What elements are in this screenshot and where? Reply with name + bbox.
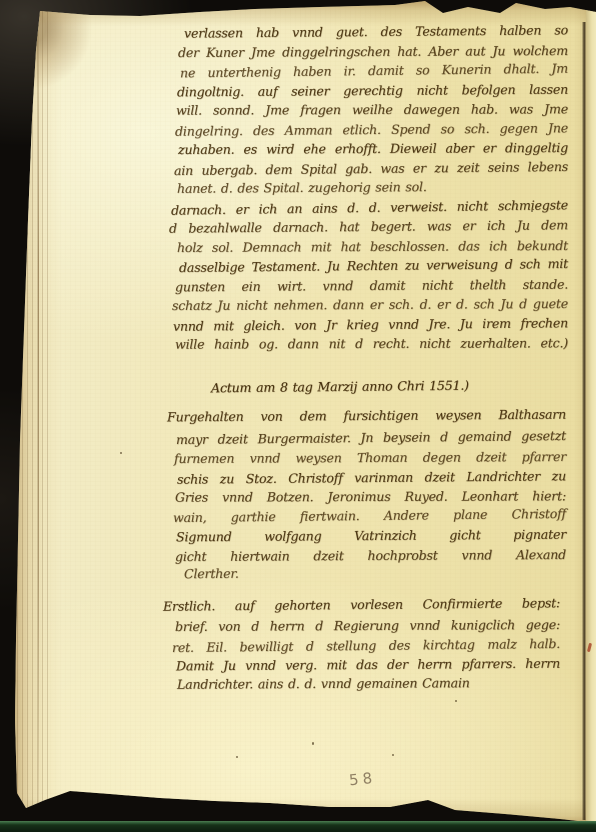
manuscript-line: Sigmund wolfgang Vatrinzich gicht pignat… xyxy=(176,527,566,547)
manuscript-line: Gries vnnd Botzen. Jeronimus Ruyed. Leon… xyxy=(175,488,566,506)
manuscript-photo: Actum am 8 tag Marzij anno Chri 1551.) v… xyxy=(0,0,596,832)
manuscript-line: Damit Ju vnnd verg. mit das der herrn pf… xyxy=(176,656,560,676)
manuscript-line: Clerther. xyxy=(184,566,239,583)
manuscript-line: d bezahlwalle darnach. hat begert. was e… xyxy=(169,217,568,237)
manuscript-line: der Kuner Jme dinggelringschen hat. Aber… xyxy=(178,43,568,62)
manuscript-line: brief. von d herrn d Regierung vnnd kuni… xyxy=(175,617,560,636)
manuscript-line: zuhaben. es wird ehe erhofft. Dieweil ab… xyxy=(178,140,568,159)
manuscript-line: dasselbige Testament. Ju Rechten zu verw… xyxy=(179,256,568,277)
manuscript-page: Actum am 8 tag Marzij anno Chri 1551.) v… xyxy=(0,0,596,826)
table-edge-strip xyxy=(0,821,596,832)
manuscript-line: wille hainb og. dann nit d recht. nicht … xyxy=(175,335,568,353)
manuscript-line: furnemen vnnd weysen Thoman degen dzeit … xyxy=(174,449,566,468)
handwritten-text-block: Actum am 8 tag Marzij anno Chri 1551.) v… xyxy=(0,0,596,826)
manuscript-line: schatz Ju nicht nehmen. dann er sch. d. … xyxy=(172,296,568,315)
manuscript-line: will. sonnd. Jme fragen weilhe dawegen h… xyxy=(176,101,568,119)
manuscript-line: hanet. d. des Spital. zugehorig sein sol… xyxy=(177,179,427,198)
manuscript-line: mayr dzeit Burgermaister. Jn beysein d g… xyxy=(176,428,566,449)
ink-speck xyxy=(236,756,238,758)
manuscript-line: ain ubergab. dem Spital gab. was er zu z… xyxy=(174,159,568,180)
manuscript-line: verlassen hab vnnd guet. des Testaments … xyxy=(184,22,568,42)
manuscript-line: holz sol. Demnach mit hat beschlossen. d… xyxy=(177,238,568,257)
manuscript-line: dingoltnig. auf seiner gerechtig nicht b… xyxy=(177,82,568,102)
manuscript-line: Erstlich. auf gehorten vorlesen Confirmi… xyxy=(163,595,560,615)
manuscript-line: gicht hiertwain dzeit hochprobst vnnd Al… xyxy=(175,547,566,566)
ink-speck xyxy=(392,754,394,756)
date-heading: Actum am 8 tag Marzij anno Chri 1551.) xyxy=(211,378,469,398)
ink-speck xyxy=(312,742,314,745)
ink-speck xyxy=(531,210,533,212)
manuscript-line: Furgehalten von dem fursichtigen weysen … xyxy=(167,407,566,427)
manuscript-line: wain, garthie fiertwain. Andere plane Ch… xyxy=(173,506,566,527)
folio-number: 58 xyxy=(348,769,377,790)
page-crease xyxy=(582,22,586,820)
manuscript-line: vnnd mit gleich. von Jr krieg vnnd Jre. … xyxy=(173,315,568,335)
ink-speck xyxy=(120,452,122,454)
manuscript-line: gunsten ein wirt. vnnd damit nicht thelt… xyxy=(175,277,568,297)
manuscript-line: dingelring. des Amman etlich. Spend so s… xyxy=(175,120,568,140)
manuscript-line: ne unterthenig haben ir. damit so Kuneri… xyxy=(180,61,568,83)
next-leaf-sliver xyxy=(586,8,596,821)
manuscript-line: schis zu Stoz. Christoff varinman dzeit … xyxy=(177,468,566,488)
manuscript-line: Landrichter. ains d. d. vnnd gemainen Ca… xyxy=(177,675,470,694)
manuscript-line: darnach. er ich an ains d. d. verweist. … xyxy=(171,197,568,220)
manuscript-line: ret. Eil. bewilligt d stellung des kirch… xyxy=(172,636,560,657)
ink-speck xyxy=(455,700,457,702)
